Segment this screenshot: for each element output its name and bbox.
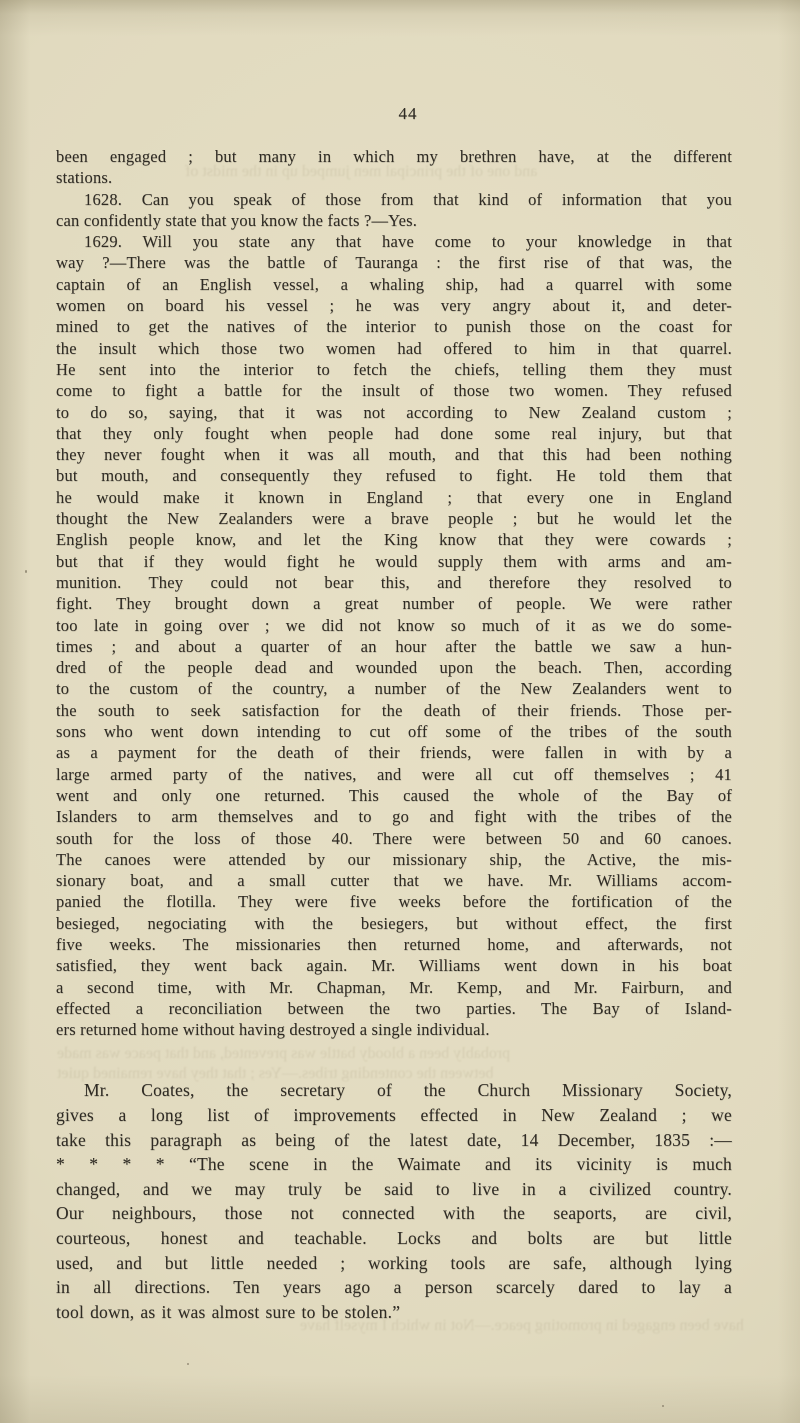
- text-line: stations.: [56, 167, 732, 188]
- text-line: changed, and we may truly be said to liv…: [56, 1177, 732, 1202]
- text-line: * * * * “The scene in the Waimate and it…: [56, 1152, 732, 1177]
- text-line: courteous, honest and teachable. Locks a…: [56, 1226, 732, 1251]
- text-line: the insult which those two women had off…: [56, 338, 732, 359]
- text-line: used, and but little needed ; working to…: [56, 1251, 732, 1276]
- text-line: effected a reconciliation between the tw…: [56, 998, 732, 1019]
- text-line: take this paragraph as being of the late…: [56, 1128, 732, 1153]
- text-line: 1629. Will you state any that have come …: [56, 231, 732, 252]
- paper-speck: [187, 1363, 189, 1365]
- paper-speck: [662, 1405, 664, 1407]
- text-line: ers returned home without having destroy…: [56, 1019, 732, 1040]
- text-line: besieged, negociating with the besiegers…: [56, 913, 732, 934]
- text-line: He sent into the interior to fetch the c…: [56, 359, 732, 380]
- text-line: times ; and about a quarter of an hour a…: [56, 636, 732, 657]
- text-line: satisfied, they went back again. Mr. Wil…: [56, 955, 732, 976]
- text-line: can confidently state that you know the …: [56, 210, 732, 231]
- paragraph: Mr. Coates, the secretary of the Church …: [56, 1078, 732, 1324]
- paragraph: 1629. Will you state any that have come …: [56, 231, 732, 1040]
- text-line: sons who went down intending to cut off …: [56, 721, 732, 742]
- text-line: tool down, as it was almost sure to be s…: [56, 1300, 732, 1325]
- text-line: sionary boat, and a small cutter that we…: [56, 870, 732, 891]
- text-line: south for the loss of those 40. There we…: [56, 828, 732, 849]
- text-line: women on board his vessel ; he was very …: [56, 295, 732, 316]
- text-line: but that if they would fight he would su…: [56, 551, 732, 572]
- text-line: English people know, and let the King kn…: [56, 529, 732, 550]
- text-line: to do so, saying, that it was not accord…: [56, 402, 732, 423]
- text-line: Mr. Coates, the secretary of the Church …: [56, 1078, 732, 1103]
- text-line: they never fought when it was all mouth,…: [56, 444, 732, 465]
- text-line: panied the flotilla. They were five week…: [56, 891, 732, 912]
- text-line: the south to seek satisfaction for the d…: [56, 700, 732, 721]
- text-line: that they only fought when people had do…: [56, 423, 732, 444]
- text-line: large armed party of the natives, and we…: [56, 764, 732, 785]
- paper-speck: [25, 570, 27, 573]
- text-line: captain of an English vessel, a whaling …: [56, 274, 732, 295]
- text-line: went and only one returned. This caused …: [56, 785, 732, 806]
- text-line: thought the New Zealanders were a brave …: [56, 508, 732, 529]
- paragraph: been engaged ; but many in which my bret…: [56, 146, 732, 189]
- text-line: to the custom of the country, a number o…: [56, 678, 732, 699]
- text-line: gives a long list of improvements effect…: [56, 1103, 732, 1128]
- text-line: but mouth, and consequently they refused…: [56, 465, 732, 486]
- page-number: 44: [0, 104, 800, 124]
- text-line: Islanders to arm themselves and to go an…: [56, 806, 732, 827]
- paragraph: 1628. Can you speak of those from that k…: [56, 189, 732, 232]
- text-block: been engaged ; but many in which my bret…: [56, 146, 732, 1324]
- text-line: come to fight a battle for the insult of…: [56, 380, 732, 401]
- text-line: five weeks. The missionaries then return…: [56, 934, 732, 955]
- text-line: too late in going over ; we did not know…: [56, 615, 732, 636]
- text-line: as a payment for the death of their frie…: [56, 742, 732, 763]
- text-line: dred of the people dead and wounded upon…: [56, 657, 732, 678]
- text-line: in all directions. Ten years ago a perso…: [56, 1275, 732, 1300]
- text-line: he would make it known in England ; that…: [56, 487, 732, 508]
- text-line: 1628. Can you speak of those from that k…: [56, 189, 732, 210]
- text-line: been engaged ; but many in which my bret…: [56, 146, 732, 167]
- paper-speck: [76, 563, 78, 565]
- text-line: Our neighbours, those not connected with…: [56, 1201, 732, 1226]
- text-line: a second time, with Mr. Chapman, Mr. Kem…: [56, 977, 732, 998]
- text-line: mined to get the natives of the interior…: [56, 316, 732, 337]
- text-line: munition. They could not bear this, and …: [56, 572, 732, 593]
- text-line: way ?—There was the battle of Tauranga :…: [56, 252, 732, 273]
- text-line: fight. They brought down a great number …: [56, 593, 732, 614]
- text-line: The canoes were attended by our missiona…: [56, 849, 732, 870]
- scanned-book-page: 44 been engaged ; but many in which my b…: [0, 0, 800, 1423]
